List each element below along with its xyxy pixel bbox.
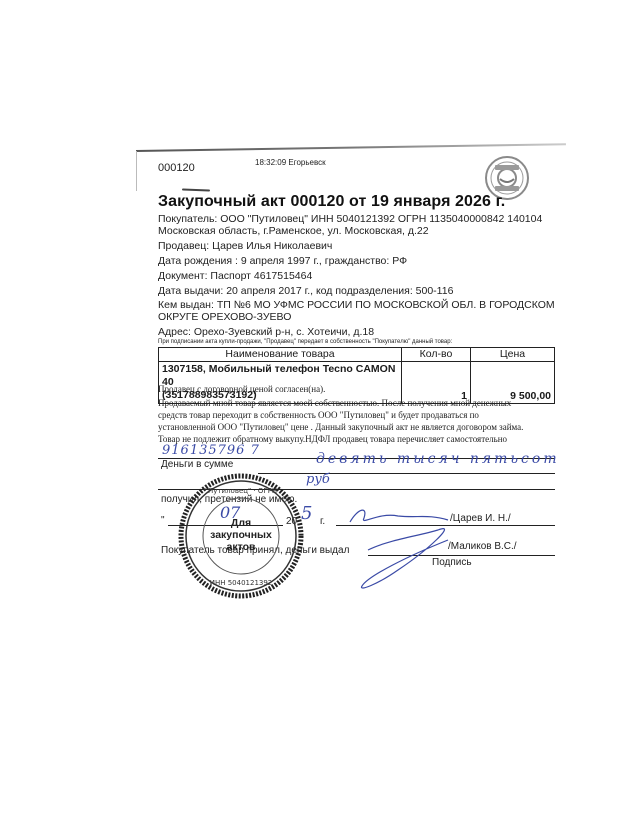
- seller-issued-by-1: Кем выдан: ТП №6 МО УФМС РОССИИ ПО МОСКО…: [158, 299, 555, 311]
- svg-text:"Путиловец" · ОГРН: "Путиловец" · ОГРН: [205, 487, 277, 495]
- pen-mark: [182, 189, 210, 192]
- column-header-price: Цена: [471, 348, 555, 362]
- paper-left-edge: [136, 151, 137, 191]
- handwritten-phone: 916135796 7: [162, 443, 260, 458]
- terms-p2: средств товар переходит в собственность …: [158, 410, 479, 420]
- buyer-line-2: Московская область, г.Раменское, ул. Мос…: [158, 225, 429, 237]
- seller-address: Адрес: Орехо-Зуевский р-н, с. Хотеичи, д…: [158, 326, 374, 338]
- stamp-center-text: Для закупочных актов: [178, 517, 304, 553]
- money-label: Деньги в сумме: [161, 459, 233, 470]
- transfer-note: При подписании акта купли-продажи, "Прод…: [158, 339, 452, 345]
- seller-birth: Дата рождения : 9 апреля 1997 г., гражда…: [158, 255, 407, 267]
- terms-agreed: Продавец с договорной ценой согласен(на)…: [158, 384, 325, 394]
- column-header-qty: Кол-во: [402, 348, 471, 362]
- paper-top-edge: [136, 143, 566, 152]
- seller-issue-date: Дата выдачи: 20 апреля 2017 г., код подр…: [158, 285, 453, 297]
- stamp-line-3: актов: [178, 541, 304, 553]
- table-header-row: Наименование товара Кол-во Цена: [159, 348, 555, 362]
- stamp-line-1: Для: [178, 517, 304, 529]
- date-quote: ": [161, 515, 165, 526]
- handwritten-amount-words: девять тысяч пятьсот: [316, 451, 560, 467]
- goods-table: Наименование товара Кол-во Цена 1307158,…: [158, 347, 555, 404]
- terms-p3: установленной ООО "Путиловец" цене . Дан…: [158, 422, 523, 432]
- column-header-name: Наименование товара: [159, 348, 402, 362]
- date-suffix: г.: [320, 516, 325, 527]
- stamp-line-2: закупочных: [178, 529, 304, 541]
- handwritten-amount-words-2: руб: [306, 472, 330, 487]
- terms-p1: Продаваемый мной товар является моей соб…: [158, 398, 511, 408]
- seller-issued-by-2: ОКРУГЕ ОРЕХОВО-ЗУЕВО: [158, 311, 291, 323]
- document-number: 000120: [158, 162, 195, 174]
- handwritten-signature-icon: [338, 500, 478, 595]
- time-location: 18:32:09 Егорьевск: [255, 158, 326, 167]
- svg-text:ИНН 5040121392: ИНН 5040121392: [210, 579, 273, 587]
- page-title: Закупочный акт 000120 от 19 января 2026 …: [158, 193, 505, 211]
- seller-document: Документ: Паспорт 4617515464: [158, 270, 312, 282]
- seller-name: Продавец: Царев Илья Николаевич: [158, 240, 332, 252]
- buyer-line-1: Покупатель: ООО "Путиловец" ИНН 50401213…: [158, 213, 542, 225]
